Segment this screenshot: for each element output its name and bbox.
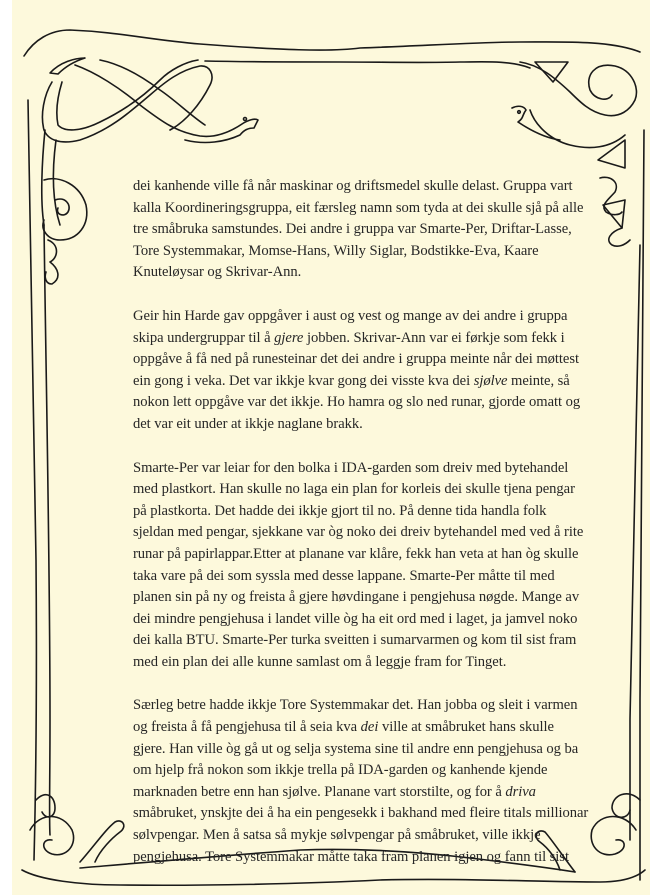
text-line: ein gong i veka. Det var ikkje kvar gong… bbox=[133, 371, 573, 393]
text-line: om hjelp frå nokon som ikkje trella på I… bbox=[133, 760, 573, 782]
text-line: dei mindre pengjehusa i landet ville òg … bbox=[133, 609, 573, 631]
text-line: marknaden betre enn han sjølve. Planane … bbox=[133, 782, 573, 804]
text-line: dei kalla BTU. Smarte-Per turka sveitten… bbox=[133, 630, 573, 652]
text-line: skipa undergruppar til å gjere jobben. S… bbox=[133, 328, 573, 350]
text-line: tre småbruka samstundes. Dei andre i gru… bbox=[133, 219, 573, 241]
border-right-outer bbox=[640, 130, 644, 880]
text-line: Knuteløysar og Skrivar-Ann. bbox=[133, 262, 573, 284]
paragraph: Særleg betre hadde ikkje Tore Systemmaka… bbox=[133, 695, 573, 868]
text-line: og freista å få pengjehusa til å seia kv… bbox=[133, 717, 573, 739]
text-line: Særleg betre hadde ikkje Tore Systemmaka… bbox=[133, 695, 573, 717]
paragraph: dei kanhende ville få når maskinar og dr… bbox=[133, 176, 573, 284]
border-left-outer bbox=[28, 100, 36, 860]
emphasis: dei bbox=[361, 719, 379, 735]
text-line: med plastkort. Han skulle no laga ein pl… bbox=[133, 479, 573, 501]
text-line: gjere. Han ville òg gå ut og selja syste… bbox=[133, 739, 573, 761]
emphasis: driva bbox=[505, 784, 536, 800]
text-line: planen sin på ny og freista å gjere høvd… bbox=[133, 587, 573, 609]
scroll-flourish-icon bbox=[43, 179, 87, 284]
text-line: det var eit under at ikkje naglane brakk… bbox=[133, 414, 573, 436]
document-body: dei kanhende ville få når maskinar og dr… bbox=[133, 176, 573, 890]
text-line: nokon lett oppgåve var det ikkje. Ho ham… bbox=[133, 392, 573, 414]
text-line: med ein plan dei alle kunne samlast om å… bbox=[133, 652, 573, 674]
text-line: på plastkorta. Det hadde dei ikkje gjort… bbox=[133, 501, 573, 523]
scroll-flourish-icon bbox=[30, 795, 124, 862]
border-left-inner bbox=[44, 225, 50, 835]
text-line: pengjehusa. Tore Systemmakar måtte taka … bbox=[133, 847, 573, 869]
emphasis: sjølve bbox=[474, 373, 508, 389]
text-line: småbruket, ynskjte dei å ha ein pengesek… bbox=[133, 803, 573, 825]
text-line: taka vare på dei som syssla med desse la… bbox=[133, 566, 573, 588]
text-line: sølvpengar. Men å satsa så mykje sølvpen… bbox=[133, 825, 573, 847]
border-top-outer bbox=[24, 30, 640, 56]
text-line: sjeldan med pengar, sjekkane var òg noko… bbox=[133, 522, 573, 544]
text-line: runar på papirlappar.Etter at planane va… bbox=[133, 544, 573, 566]
border-right-inner bbox=[630, 245, 640, 840]
text-line: Geir hin Harde gav oppgåver i aust og ve… bbox=[133, 306, 573, 328]
text-line: Tore Systemmakar, Momse-Hans, Willy Sigl… bbox=[133, 241, 573, 263]
paragraph: Smarte-Per var leiar for den bolka i IDA… bbox=[133, 458, 573, 674]
border-top-inner bbox=[205, 61, 530, 68]
text-line: Smarte-Per var leiar for den bolka i IDA… bbox=[133, 458, 573, 480]
text-line: oppgåve å få ned på runesteinar det dei … bbox=[133, 349, 573, 371]
text-line: dei kanhende ville få når maskinar og dr… bbox=[133, 176, 573, 198]
text-line: kalla Koordineringsgruppa, eit færsleg n… bbox=[133, 198, 573, 220]
paragraph: Geir hin Harde gav oppgåver i aust og ve… bbox=[133, 306, 573, 436]
emphasis: gjere bbox=[274, 330, 303, 346]
